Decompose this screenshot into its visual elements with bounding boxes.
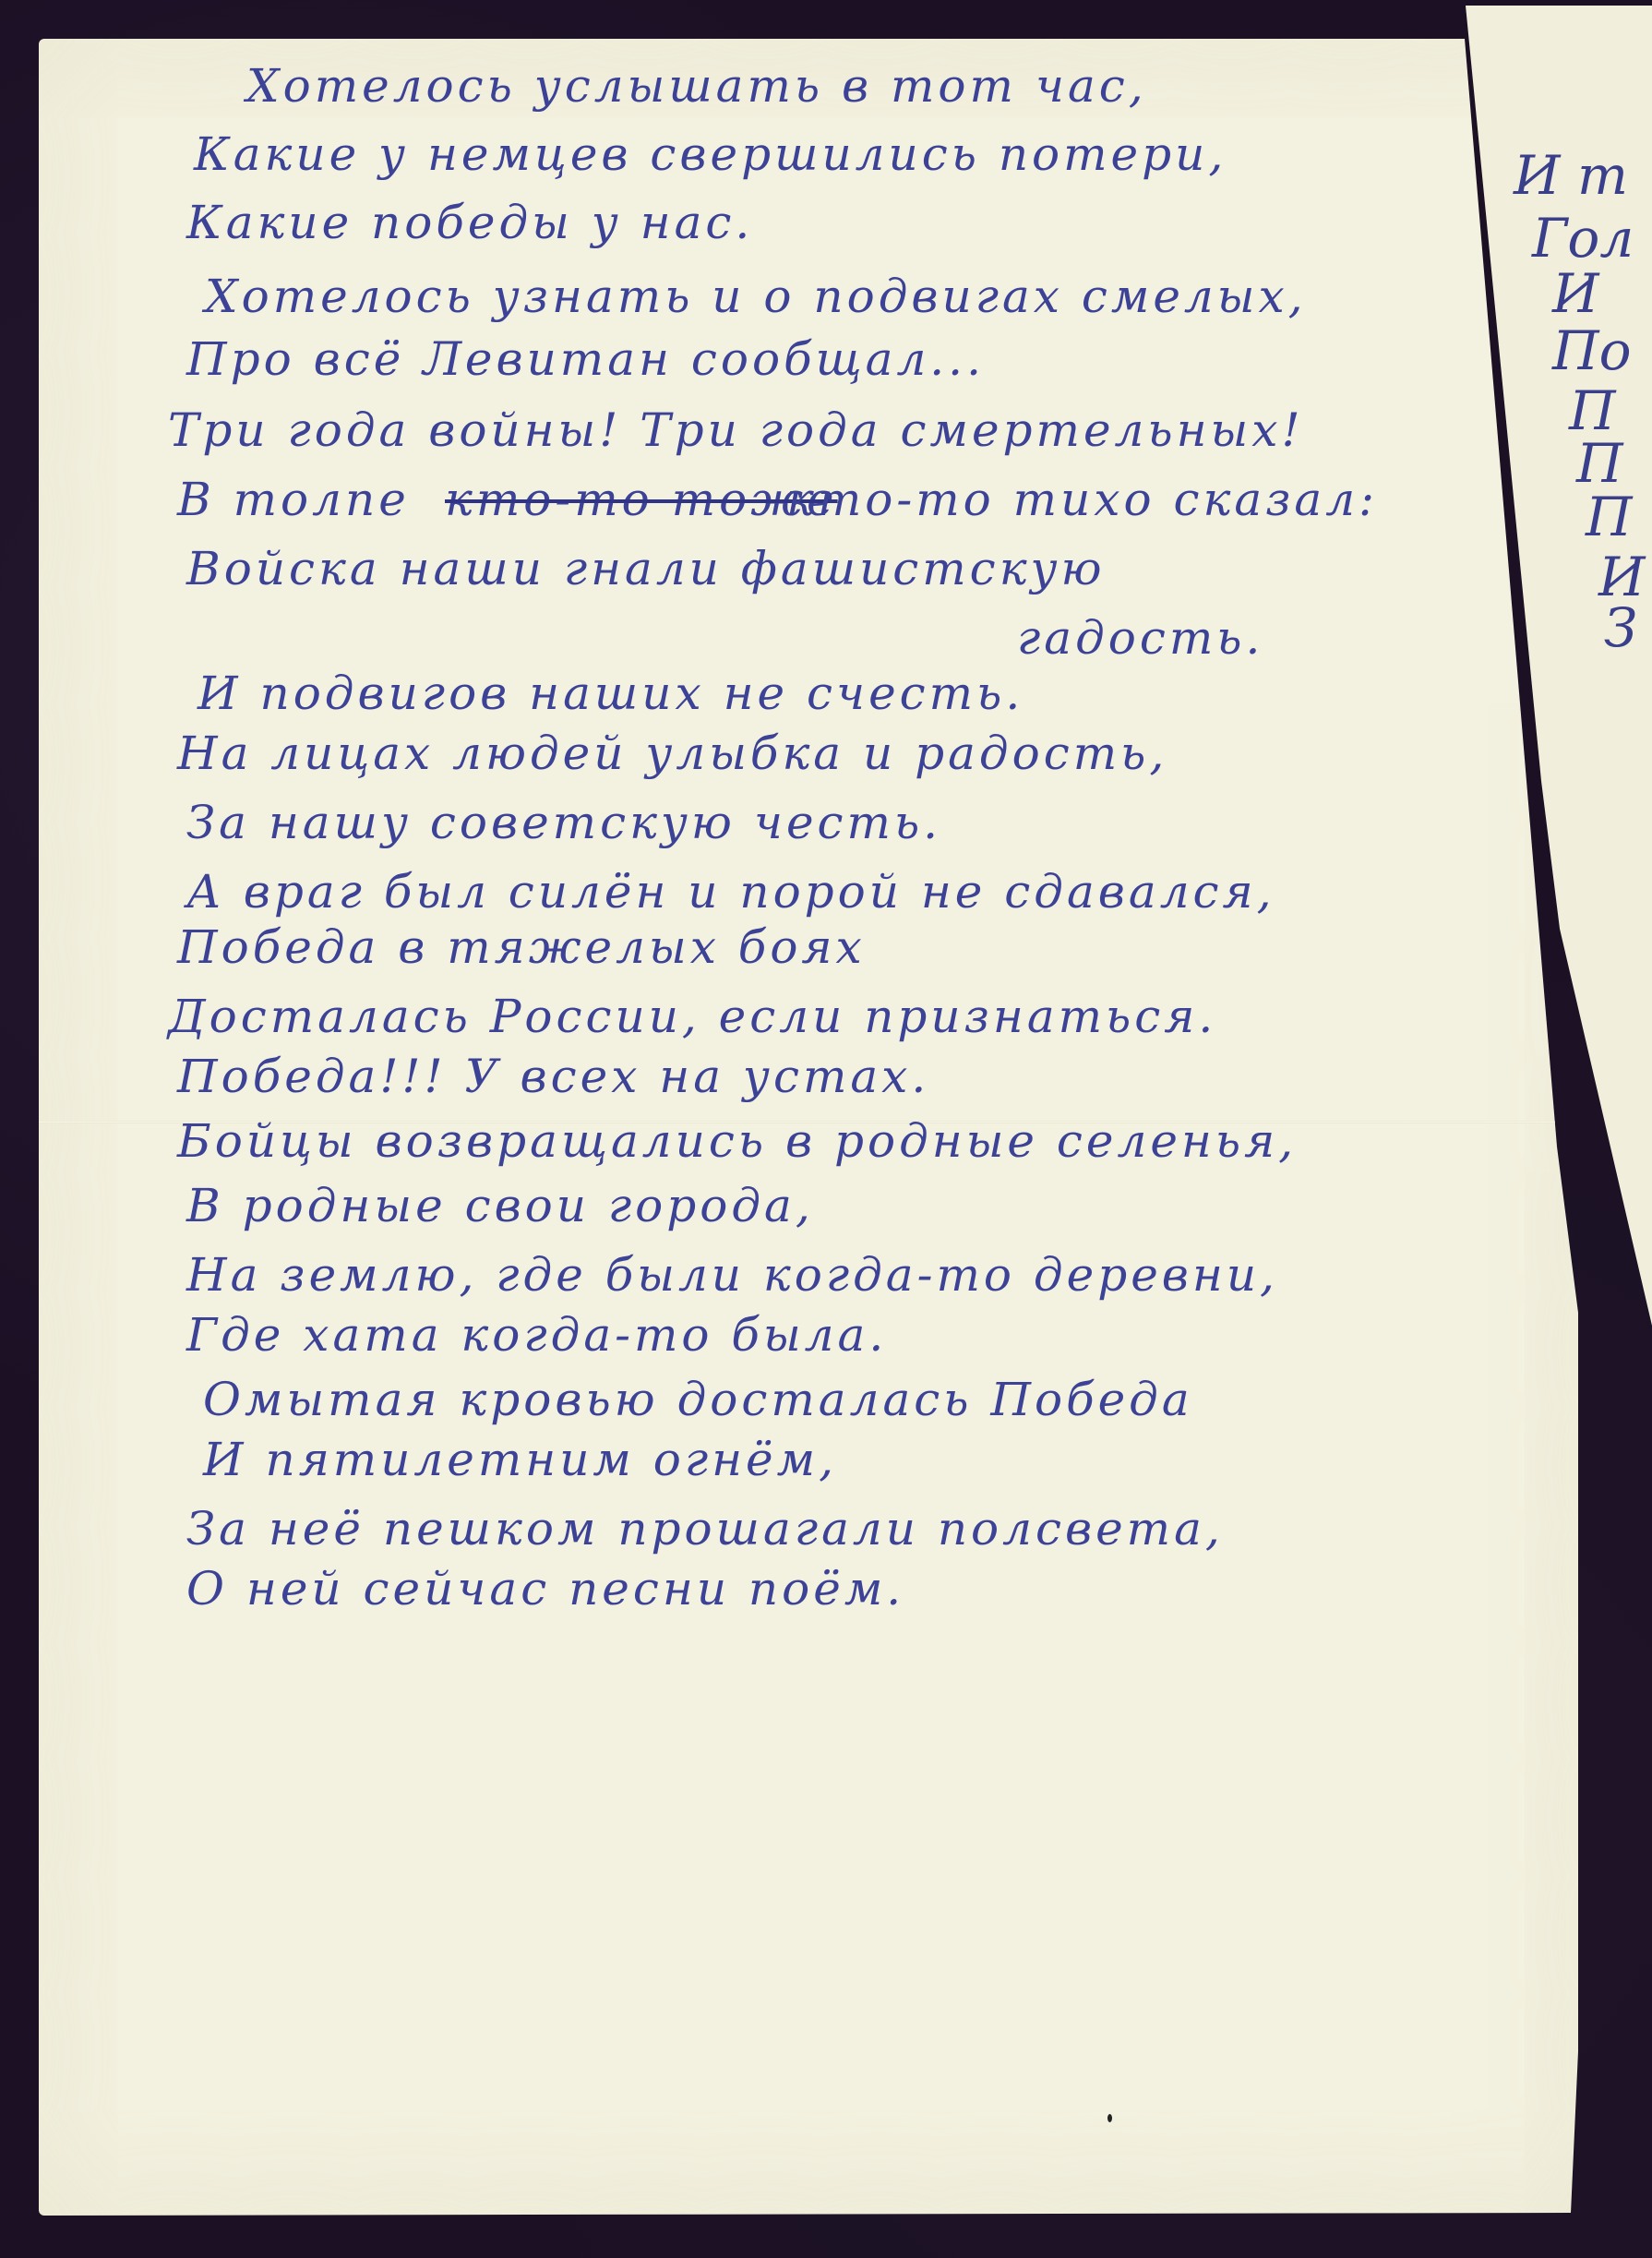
ink-dot [1107, 2114, 1112, 2122]
poem-line: В родные свои города, [186, 1179, 814, 1232]
poem-line: Три года войны! Три года смертельных! [168, 403, 1304, 457]
poem-line: За неё пешком прошагали полсвета, [186, 1502, 1224, 1555]
poem-line: Победа в тяжелых боях [177, 920, 866, 974]
poem-line: Где хата когда-то была. [186, 1308, 887, 1362]
poem-line: Хотелось услышать в тот час, [246, 59, 1147, 113]
poem-line: Хотелось узнать и о подвигах смелых, [205, 270, 1307, 323]
poem-line: Про всё Левитан сообщал... [186, 332, 985, 386]
sheet2-line: И т [1514, 144, 1628, 207]
sheet2-line: По [1552, 319, 1632, 382]
sheet2-line: И [1552, 262, 1599, 325]
poem-line: На землю, где были когда-то деревни, [186, 1248, 1278, 1302]
poem-line: Досталась России, если признаться. [168, 990, 1216, 1043]
sheet2-line: З [1604, 596, 1637, 659]
poem-line: И пятилетним огнём, [203, 1433, 837, 1486]
poem-line: За нашу советскую честь. [186, 796, 941, 849]
struck-out-word: кто-то тоже [445, 473, 838, 526]
poem-line: Войска наши гнали фашистскую [186, 542, 1106, 595]
poem-line: Победа!!! У всех на устах. [177, 1050, 929, 1103]
poem-line: В толпе [177, 473, 410, 526]
poem-line: Какие победы у нас. [186, 196, 753, 249]
poem-line: Бойцы возвращались в родные селенья, [177, 1114, 1297, 1168]
poem-line: А враг был силён и порой не сдавался, [186, 865, 1275, 919]
poem-line: Омытая кровью досталась Победа [203, 1373, 1193, 1426]
poem-line: О ней сейчас песни поём. [186, 1562, 904, 1615]
main-sheet: Хотелось услышать в тот час, Какие у нем… [39, 39, 1578, 2216]
poem-line: кто-то тихо сказал: [786, 473, 1378, 526]
poem-line: гадость. [1017, 611, 1263, 665]
poem-line: И подвигов наших не счесть. [198, 667, 1024, 720]
poem-text: Хотелось услышать в тот час, Какие у нем… [39, 39, 1578, 2216]
sheet2-line: Гол [1532, 207, 1634, 270]
poem-line: На лицах людей улыбка и радость, [177, 727, 1167, 780]
sheet2-line: П [1586, 486, 1633, 548]
poem-line: Какие у немцев свершились потери, [194, 127, 1227, 181]
